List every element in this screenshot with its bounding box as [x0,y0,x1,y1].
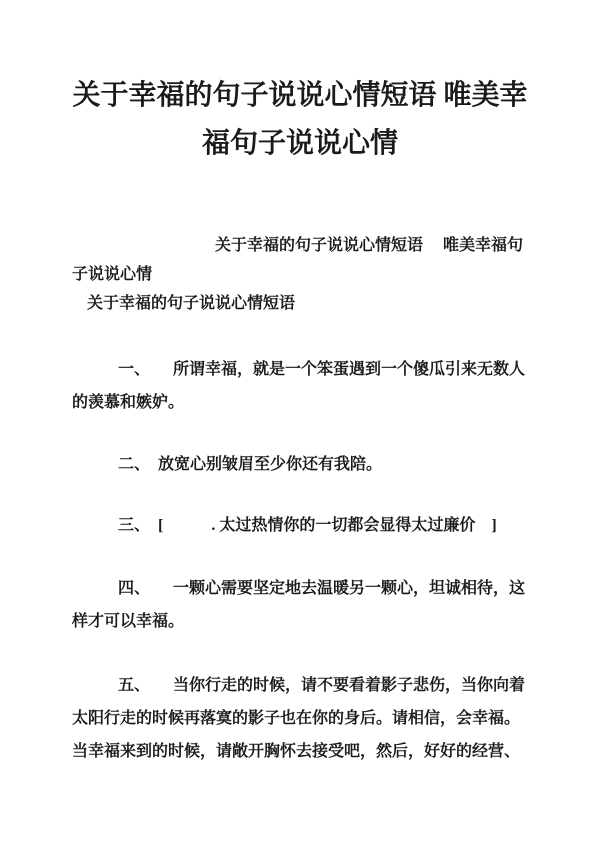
intro-paragraph-line-1: 关于幸福的句子说说心情短语 唯美幸福句 [72,231,528,260]
list-item-5-text: 当你行走的时候，请不要看着影子悲伤，当你向着 [173,677,525,694]
list-item-4-text: 一颗心需要坚定地去温暖另一颗心，坦诚相待，这 [173,580,525,597]
document-page: 关于幸福的句子说说心情短语 唯美幸 福句子说说心情 关于幸福的句子说说心情短语 … [0,0,600,848]
number-gap [150,689,173,690]
page-title: 关于幸福的句子说说心情短语 唯美幸 福句子说说心情 [72,72,528,168]
list-item-5-line-3: 当幸福来到的时候，请敞开胸怀去接受吧，然后，好好的经营、 [72,735,528,768]
intro-subheading: 关于幸福的句子说说心情短语 [72,289,528,318]
intro-section: 关于幸福的句子说说心情短语 唯美幸福句 子说说心情 关于幸福的句子说说心情短语 [72,231,528,318]
list-item-4: 四、一颗心需要坚定地去温暖另一颗心，坦诚相待，这 样才可以幸福。 [72,572,528,638]
number-gap [150,529,158,530]
list-item-5: 五、当你行走的时候，请不要看着影子悲伤，当你向着 太阳行走的时候再落寞的影子也在… [72,669,528,768]
list-item-1-line-1: 一、所谓幸福，就是一个笨蛋遇到一个傻瓜引来无数人 [72,353,528,386]
list-item-2: 二、放宽心别皱眉至少你还有我陪。 [72,448,528,481]
intro-paragraph-line-2: 子说说心情 [72,260,528,289]
page-title-line-1: 关于幸福的句子说说心情短语 唯美幸 [72,72,528,120]
list-item-1-text: 所谓幸福，就是一个笨蛋遇到一个傻瓜引来无数人 [173,361,525,378]
list-item-5-line-1: 五、当你行走的时候，请不要看着影子悲伤，当你向着 [72,669,528,702]
list-item-5-number: 五、 [118,677,150,694]
page-title-line-2: 福句子说说心情 [72,120,528,168]
list-item-3: 三、[ . 太过热情你的一切都会显得太过廉价 ] [72,509,528,542]
list-item-1-number: 一、 [118,361,150,378]
list-item-5-line-2: 太阳行走的时候再落寞的影子也在你的身后。请相信，会幸福。 [72,702,528,735]
list-item-4-line-1: 四、一颗心需要坚定地去温暖另一颗心，坦诚相待，这 [72,572,528,605]
list-item-3-text: [ . 太过热情你的一切都会显得太过廉价 ] [158,517,497,534]
list-item-3-line-1: 三、[ . 太过热情你的一切都会显得太过廉价 ] [72,509,528,542]
list-item-2-line-1: 二、放宽心别皱眉至少你还有我陪。 [72,448,528,481]
list-item-2-number: 二、 [118,456,150,473]
list-item-2-text: 放宽心别皱眉至少你还有我陪。 [158,456,382,473]
number-gap [150,373,173,374]
list-item-4-number: 四、 [118,580,150,597]
number-gap [150,592,173,593]
list-item-1-line-2: 的羡慕和嫉妒。 [72,386,528,419]
list-item-3-number: 三、 [118,517,150,534]
number-gap [150,468,158,469]
list-item-1: 一、所谓幸福，就是一个笨蛋遇到一个傻瓜引来无数人 的羡慕和嫉妒。 [72,353,528,419]
list-item-4-line-2: 样才可以幸福。 [72,605,528,638]
